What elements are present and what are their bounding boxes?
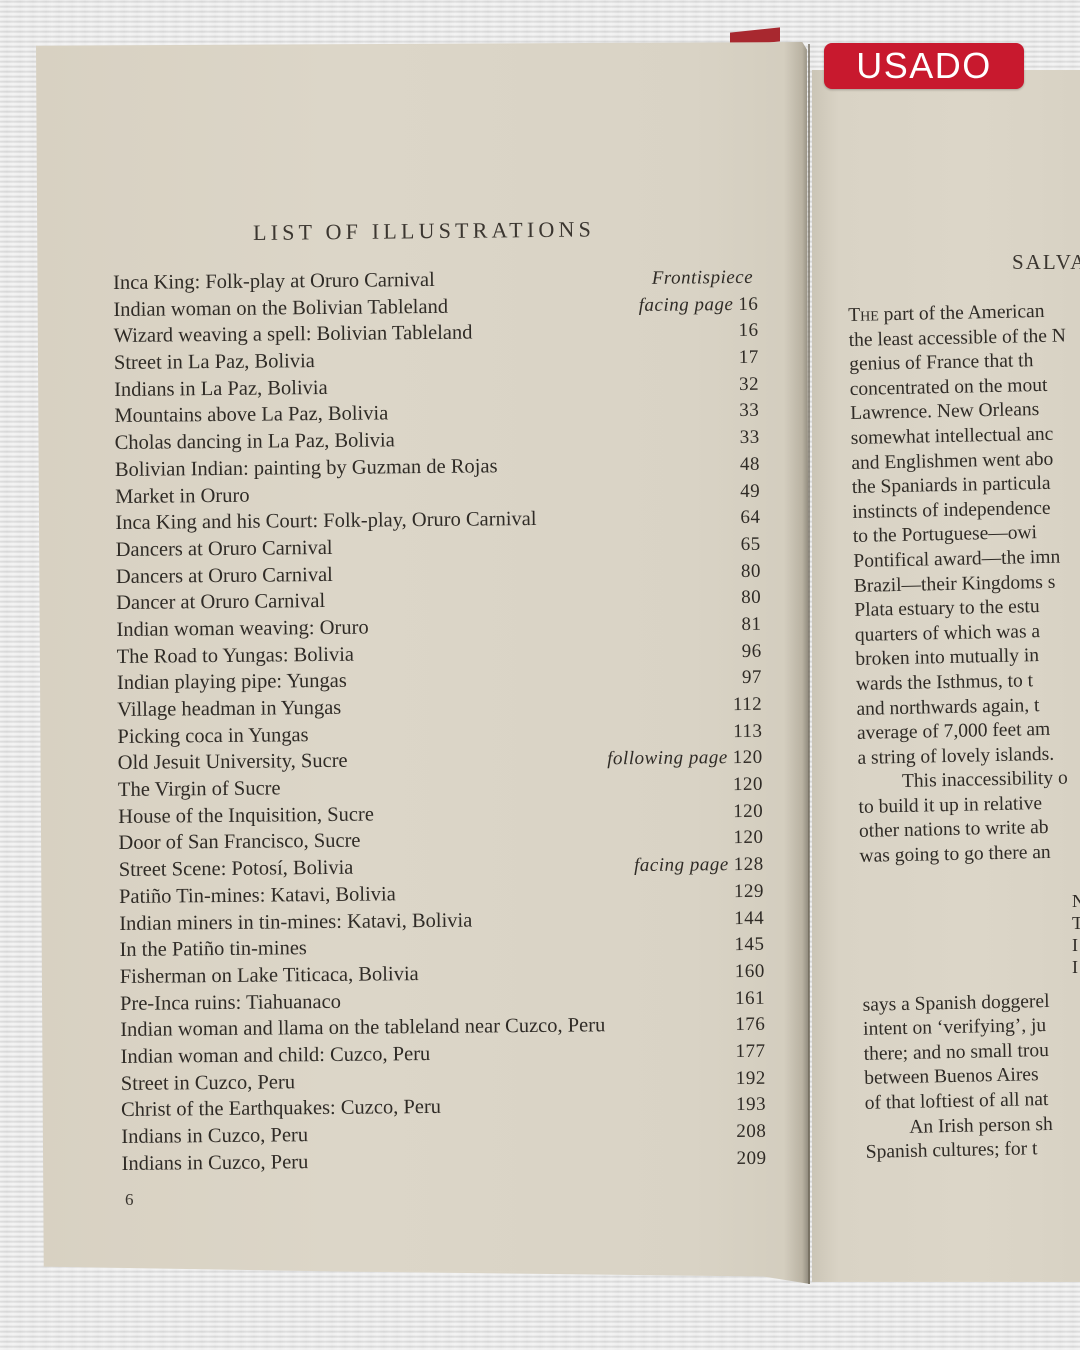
entry-page-number: 120: [733, 827, 763, 848]
entry-page: 160: [730, 959, 765, 985]
entry-page-number: 64: [740, 507, 760, 528]
entry-page: 129: [729, 879, 764, 905]
entry-page-number: 81: [741, 614, 761, 635]
entry-page: 209: [731, 1145, 766, 1171]
entry-title: Market in Oruro: [115, 482, 250, 509]
entry-page-number: 33: [740, 427, 760, 448]
entry-page-number: 80: [741, 587, 761, 608]
entry-title: Village headman in Yungas: [117, 695, 341, 723]
entry-title: Patiño Tin-mines: Katavi, Bolivia: [119, 881, 396, 910]
entry-page-number: 145: [734, 934, 764, 955]
entry-title: The Road to Yungas: Bolivia: [117, 641, 354, 669]
entry-title: Bolivian Indian: painting by Guzman de R…: [115, 453, 498, 483]
entry-prefix: facing page: [639, 294, 734, 316]
entry-title: Inca King: Folk-play at Oruro Carnival: [113, 267, 435, 296]
entry-page: facing page128: [634, 852, 764, 879]
entry-page-number: 48: [740, 454, 760, 475]
entry-title: Dancers at Oruro Carnival: [116, 535, 333, 563]
entry-title: Door of San Francisco, Sucre: [118, 828, 360, 856]
entry-page-number: 49: [740, 480, 760, 501]
entry-page: 33: [735, 425, 760, 451]
entry-title: Inca King and his Court: Folk-play, Orur…: [115, 506, 536, 536]
entry-title: Indian woman and llama on the tableland …: [120, 1013, 605, 1044]
entry-page-number: 144: [734, 907, 764, 928]
entry-title: Indians in Cuzco, Peru: [121, 1149, 308, 1177]
entry-title: House of the Inquisition, Sucre: [118, 801, 374, 829]
entry-title: In the Patiño tin-mines: [119, 935, 307, 963]
entry-page-number: 32: [739, 374, 759, 395]
entry-title: Indian playing pipe: Yungas: [117, 668, 347, 696]
entry-page: 17: [734, 345, 759, 371]
book-gutter: [808, 44, 810, 1284]
entry-title: Indian miners in tin-mines: Katavi, Boli…: [119, 907, 472, 936]
page-title: LIST OF ILLUSTRATIONS: [253, 216, 595, 246]
entry-page-number: 177: [735, 1041, 765, 1062]
entry-page-number: 16: [739, 320, 759, 341]
entry-title: Dancer at Oruro Carnival: [116, 588, 325, 616]
entry-title: Indian woman weaving: Oruro: [116, 615, 368, 643]
entry-page-number: 208: [736, 1121, 766, 1142]
entry-title: Old Jesuit University, Sucre: [118, 748, 348, 776]
entry-page-number: 120: [733, 801, 763, 822]
verse-line: I: [1072, 934, 1080, 956]
entry-page-number: 176: [735, 1014, 765, 1035]
verse-fragment: N T I I: [1072, 890, 1080, 978]
entry-title: Street Scene: Potosí, Bolivia: [119, 855, 354, 883]
entry-page-number: 192: [736, 1067, 766, 1088]
entry-page: 192: [731, 1065, 766, 1091]
verse-line: N: [1072, 890, 1080, 912]
entry-prefix: following page: [607, 747, 728, 769]
entry-page: facing page16: [639, 291, 759, 318]
entry-page: 96: [737, 638, 762, 664]
entry-title: Street in Cuzco, Peru: [121, 1069, 295, 1097]
entry-page-number: 120: [733, 774, 763, 795]
entry-title: Indian woman on the Bolivian Tableland: [113, 293, 448, 322]
entry-page: 48: [735, 452, 760, 478]
illustrations-list: Inca King: Folk-play at Oruro CarnivalFr…: [113, 264, 767, 1178]
entry-title: The Virgin of Sucre: [118, 775, 281, 803]
entry-page: 64: [735, 505, 760, 531]
entry-page-number: 160: [735, 961, 765, 982]
entry-page: 161: [730, 985, 765, 1011]
used-condition-badge: USADO: [824, 43, 1024, 89]
entry-title: Fisherman on Lake Titicaca, Bolivia: [120, 961, 419, 990]
entry-page: 120: [728, 799, 763, 825]
verse-gap: [860, 861, 1080, 993]
entry-page-number: 161: [735, 987, 765, 1008]
entry-page-number: 112: [733, 694, 762, 715]
entry-page-number: 113: [733, 720, 762, 741]
entry-page: 49: [735, 478, 760, 504]
entry-page-number: 193: [736, 1094, 766, 1115]
entry-title: Wizard weaving a spell: Bolivian Tablela…: [114, 320, 473, 349]
entry-page: 80: [736, 585, 761, 611]
entry-title: Indians in Cuzco, Peru: [121, 1122, 308, 1150]
entry-page-number: 128: [734, 854, 764, 875]
entry-page: 112: [728, 692, 763, 718]
entry-page: 97: [737, 665, 762, 691]
entry-page: 33: [734, 398, 759, 424]
entry-page: following page120: [607, 745, 763, 772]
entry-page: 145: [729, 932, 764, 958]
entry-title: Street in La Paz, Bolivia: [114, 348, 315, 376]
entry-page: 120: [728, 772, 763, 798]
entry-page: 120: [728, 825, 763, 851]
entry-title: Cholas dancing in La Paz, Bolivia: [115, 427, 395, 456]
dropcap: The: [848, 304, 879, 326]
entry-page-number: 80: [741, 560, 761, 581]
right-page: SALVA The part of the American the least…: [812, 70, 1080, 1282]
entry-title: Picking coca in Yungas: [117, 722, 308, 750]
entry-page: 208: [731, 1119, 766, 1145]
verse-line: I: [1072, 956, 1080, 978]
entry-page: 144: [729, 905, 764, 931]
entry-page: 32: [734, 372, 759, 398]
entry-title: Christ of the Earthquakes: Cuzco, Peru: [121, 1094, 441, 1123]
entry-page-number: 129: [734, 881, 764, 902]
entry-page: 16: [733, 318, 758, 344]
entry-page-number: 209: [736, 1147, 766, 1168]
entry-page-number: 65: [741, 534, 761, 555]
entry-page: 81: [736, 612, 761, 638]
entry-title: Dancers at Oruro Carnival: [116, 561, 333, 589]
entry-prefix: Frontispiece: [652, 267, 754, 289]
text-fragment: part of the American: [879, 301, 1045, 325]
entry-page-number: 97: [742, 667, 762, 688]
body-text: The part of the American the least acces…: [848, 296, 1080, 1166]
entry-page-number: 120: [733, 747, 763, 768]
entry-page-number: 33: [739, 400, 759, 421]
entry-page-number: 16: [738, 293, 758, 314]
entry-page: 176: [730, 1012, 765, 1038]
entry-page: 80: [736, 558, 761, 584]
entry-title: Indian woman and child: Cuzco, Peru: [120, 1041, 430, 1070]
verse-line: T: [1072, 912, 1080, 934]
entry-title: Indians in La Paz, Bolivia: [114, 375, 328, 403]
entry-page: 65: [736, 532, 761, 558]
entry-title: Mountains above La Paz, Bolivia: [114, 401, 388, 430]
entry-title: Pre-Inca ruins: Tiahuanaco: [120, 988, 341, 1016]
entry-page-number: 17: [739, 347, 759, 368]
entry-page: 193: [731, 1092, 766, 1118]
entry-page: 177: [730, 1039, 765, 1065]
entry-page: Frontispiece: [652, 265, 759, 292]
entry-prefix: facing page: [634, 854, 729, 876]
chapter-title: SALVA: [1012, 250, 1080, 275]
page-number: 6: [125, 1190, 134, 1210]
entry-page-number: 96: [742, 640, 762, 661]
entry-page: 113: [728, 718, 763, 744]
